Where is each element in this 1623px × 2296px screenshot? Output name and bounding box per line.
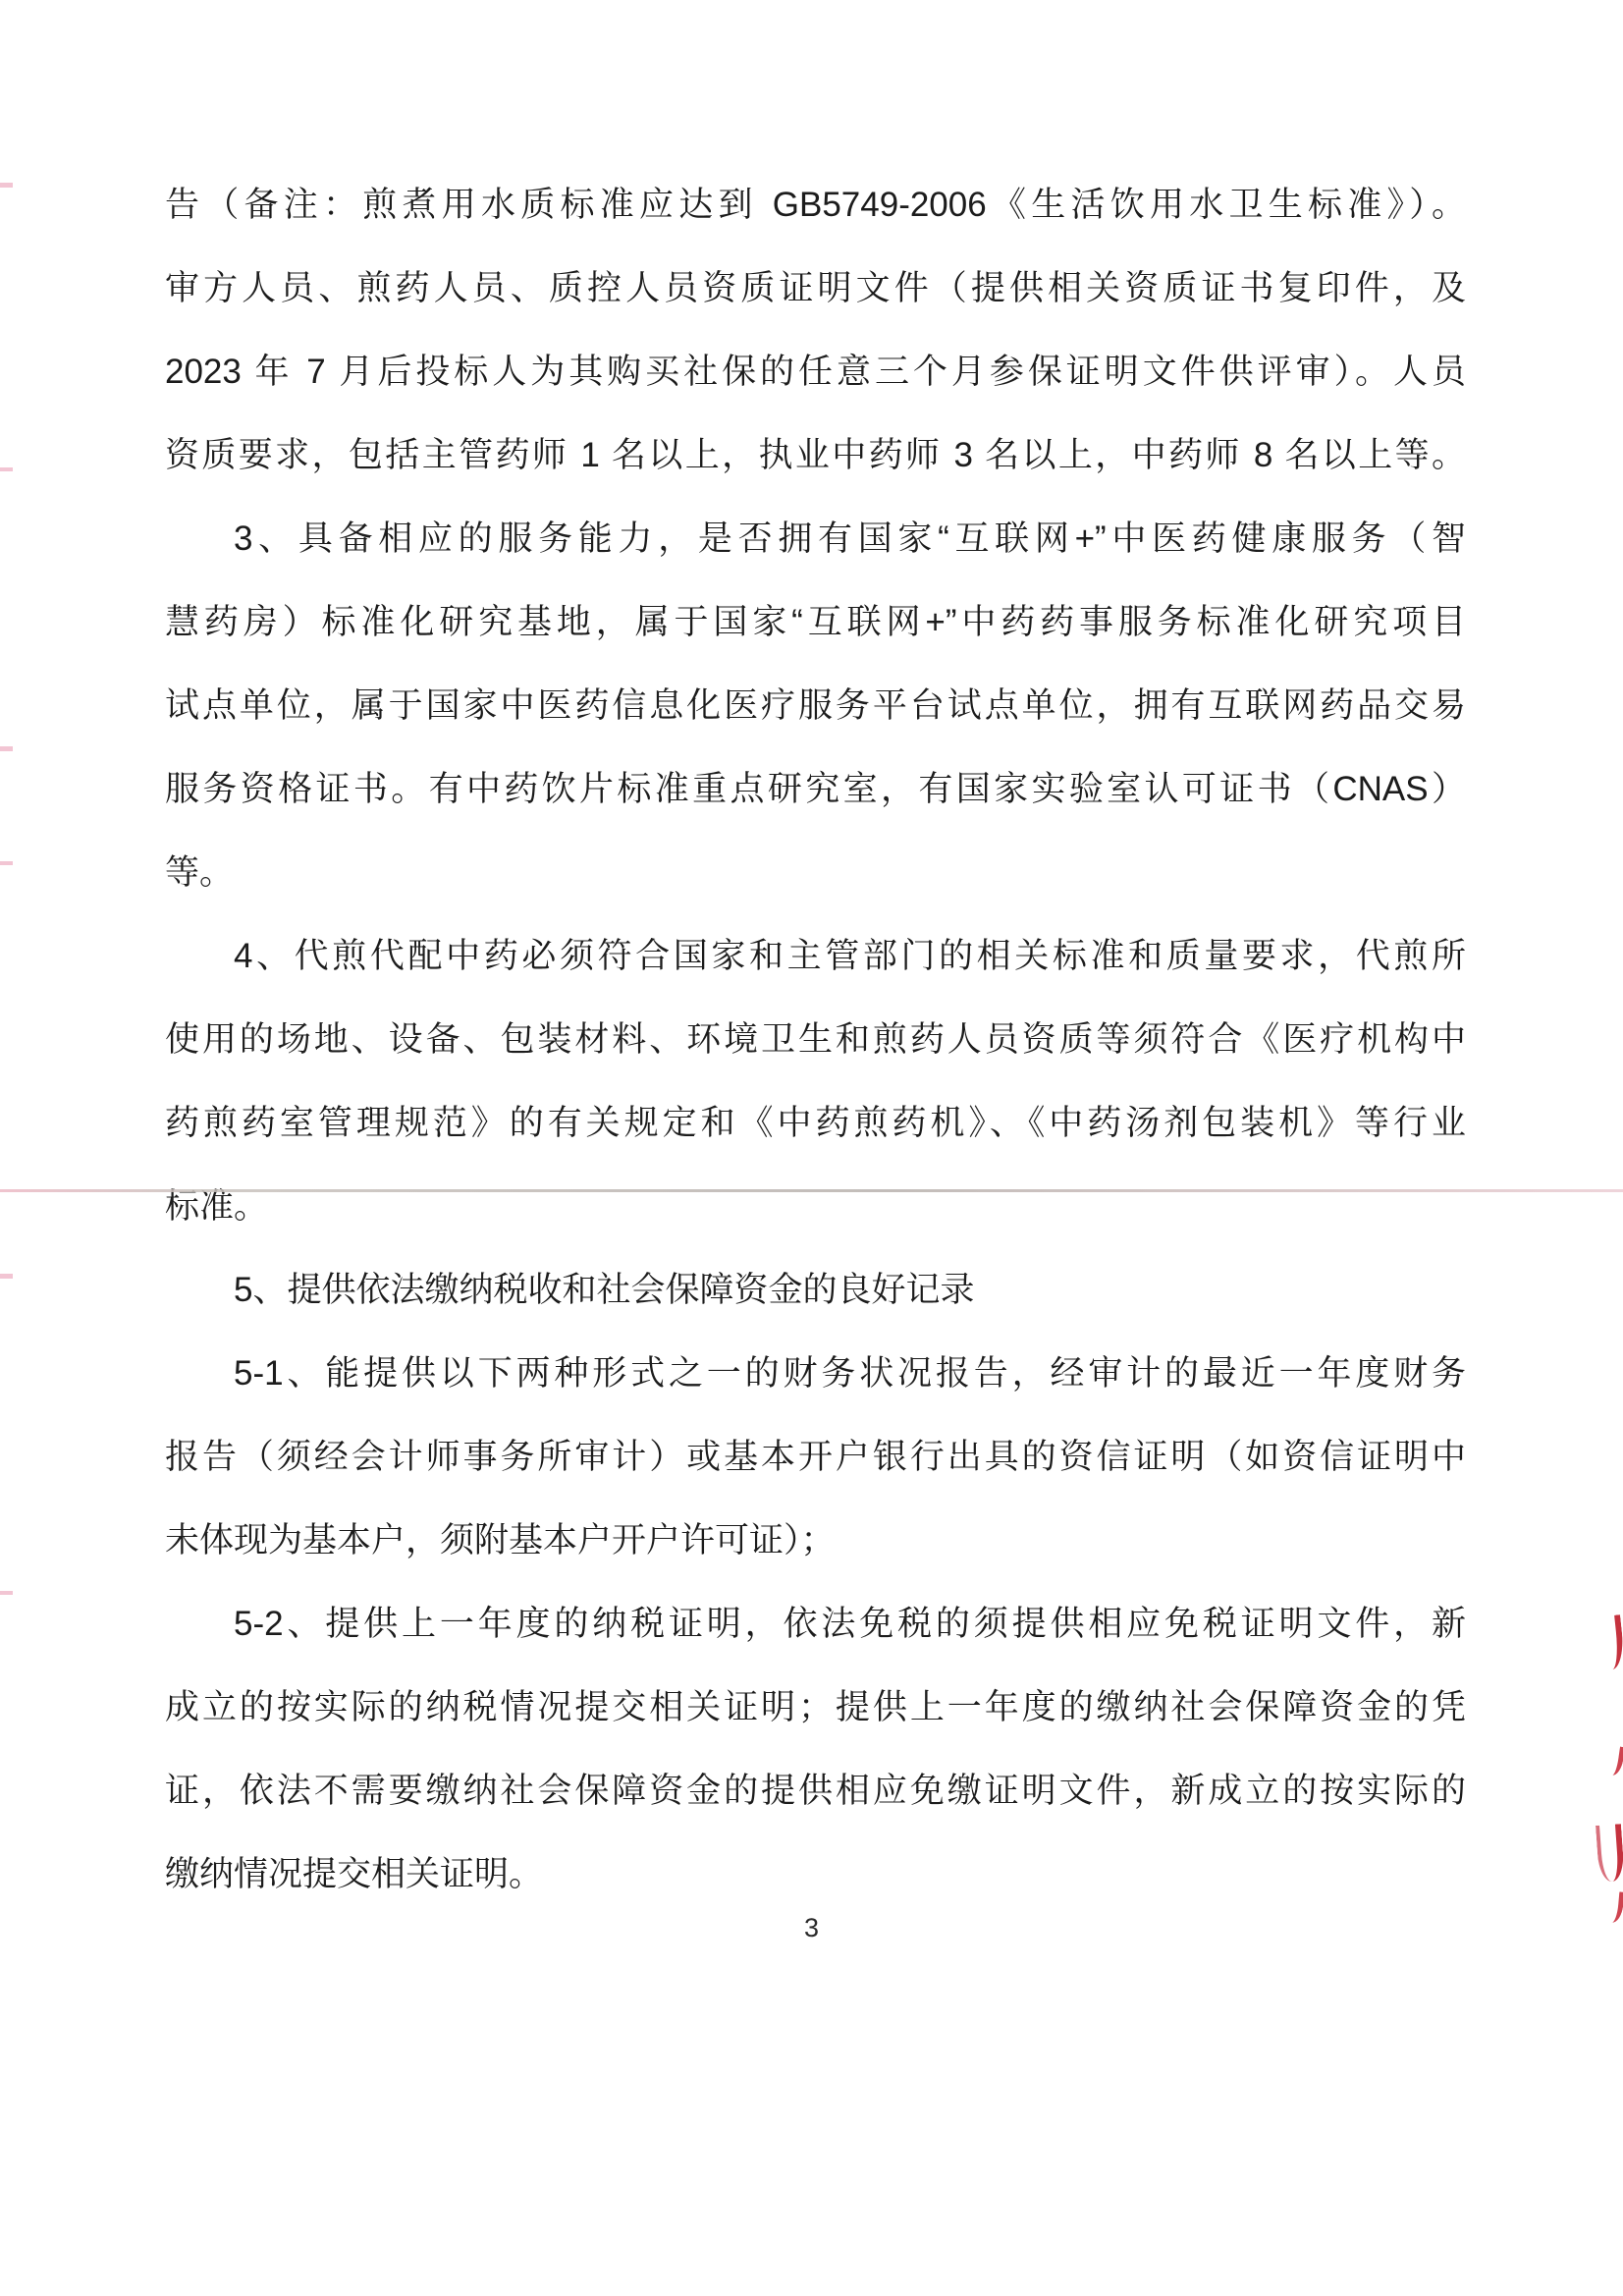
- pink-scan-mark: [0, 467, 13, 471]
- pink-scan-mark: [0, 1274, 13, 1279]
- doc-line: 等。: [165, 831, 1466, 914]
- doc-line: 证，依法不需要缴纳社会保障资金的提供相应免缴证明文件，新成立的按实际的: [165, 1749, 1466, 1832]
- doc-line: 审方人员、煎药人员、质控人员资质证明文件（提供相关资质证书复印件，及: [165, 246, 1466, 330]
- scanned-document-page: 告（备注：煎煮用水质标准应达到 GB5749-2006《生活饮用水卫生标准》）。…: [0, 0, 1623, 2296]
- doc-line: 3、具备相应的服务能力，是否拥有国家“互联网+”中医药健康服务（智: [165, 497, 1466, 580]
- doc-line: 未体现为基本户，须附基本户开户许可证）；: [165, 1499, 1466, 1582]
- doc-line: 成立的按实际的纳税情况提交相关证明；提供上一年度的缴纳社会保障资金的凭: [165, 1666, 1466, 1749]
- doc-line: 告（备注：煎煮用水质标准应达到 GB5749-2006《生活饮用水卫生标准》）。: [165, 163, 1466, 246]
- pink-scan-mark: [0, 1591, 13, 1595]
- document-body: 告（备注：煎煮用水质标准应达到 GB5749-2006《生活饮用水卫生标准》）。…: [165, 163, 1466, 1916]
- doc-line: 药煎药室管理规范》的有关规定和《中药煎药机》、《中药汤剂包装机》等行业: [165, 1081, 1466, 1165]
- page-number: 3: [0, 1913, 1623, 1943]
- red-pen-mark: [1606, 1745, 1623, 1777]
- pink-scan-mark: [0, 746, 13, 751]
- doc-line: 5-2、提供上一年度的纳税证明，依法免税的须提供相应免税证明文件，新: [165, 1582, 1466, 1666]
- doc-line: 服务资格证书。有中药饮片标准重点研究室，有国家实验室认可证书（CNAS）: [165, 747, 1466, 831]
- doc-line: 5、提供依法缴纳税收和社会保障资金的良好记录: [165, 1248, 1466, 1332]
- doc-line: 4、代煎代配中药必须符合国家和主管部门的相关标准和质量要求，代煎所: [165, 914, 1466, 998]
- doc-line: 2023 年 7 月后投标人为其购买社保的任意三个月参保证明文件供评审）。人员: [165, 330, 1466, 413]
- doc-line: 报告（须经会计师事务所审计）或基本开户银行出具的资信证明（如资信证明中: [165, 1415, 1466, 1499]
- doc-line: 使用的场地、设备、包装材料、环境卫生和煎药人员资质等须符合《医疗机构中: [165, 998, 1466, 1081]
- doc-line: 标准。: [165, 1165, 1466, 1248]
- doc-line: 资质要求，包括主管药师 1 名以上，执业中药师 3 名以上，中药师 8 名以上等…: [165, 413, 1466, 497]
- doc-line: 慧药房）标准化研究基地，属于国家“互联网+”中药药事服务标准化研究项目: [165, 580, 1466, 664]
- pink-scan-mark: [0, 861, 13, 865]
- scan-line-artifact: [0, 1189, 1623, 1192]
- doc-line: 缴纳情况提交相关证明。: [165, 1832, 1466, 1916]
- red-pen-mark: [1596, 1824, 1623, 1883]
- doc-line: 5-1、能提供以下两种形式之一的财务状况报告，经审计的最近一年度财务: [165, 1332, 1466, 1415]
- pink-scan-mark: [0, 183, 13, 188]
- doc-line: 试点单位，属于国家中医药信息化医疗服务平台试点单位，拥有互联网药品交易: [165, 664, 1466, 747]
- red-pen-mark: [1600, 1614, 1623, 1670]
